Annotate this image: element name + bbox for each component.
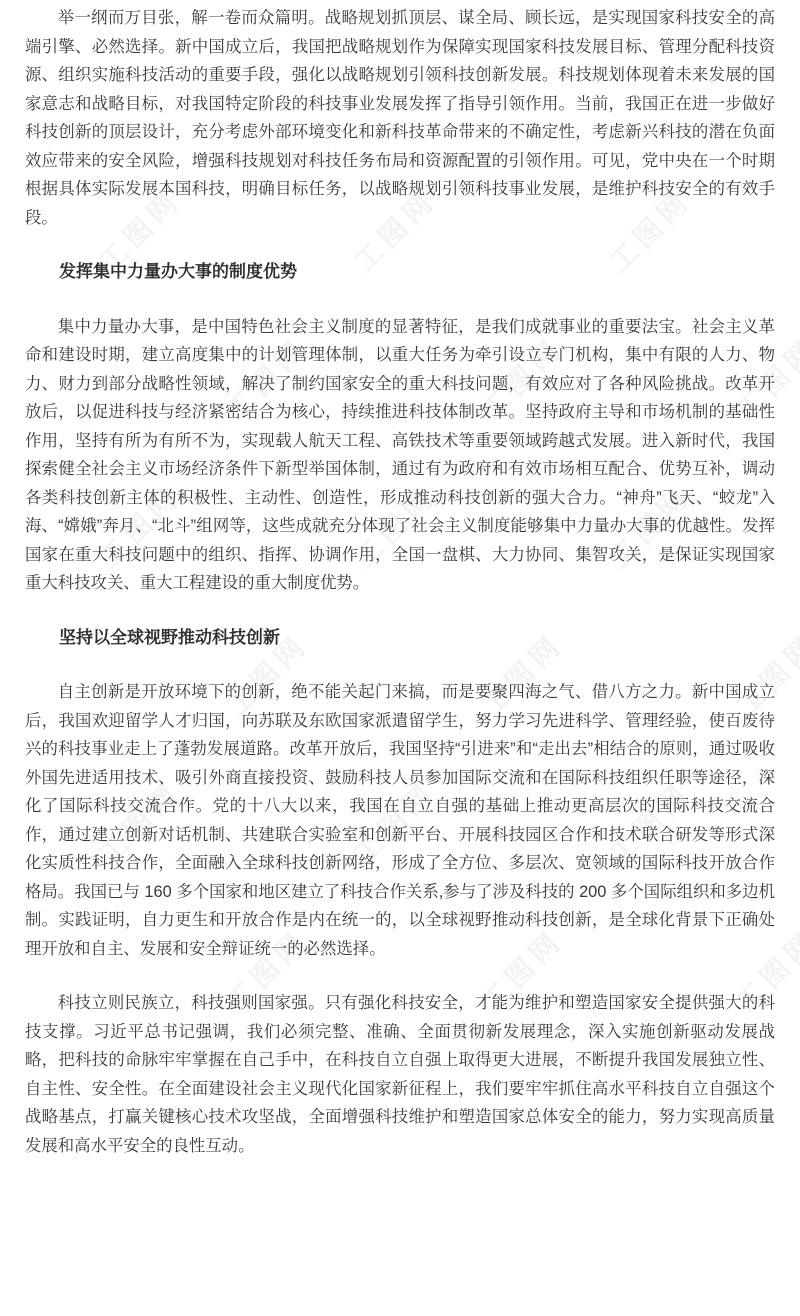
section-heading-concentrate-resources: 发挥集中力量办大事的制度优势 (25, 258, 775, 287)
paragraph-open-innovation: 自主创新是开放环境下的创新，绝不能关起门来搞，而是要聚四海之气、借八方之力。新中… (25, 678, 775, 963)
paragraph-strategic-planning: 举一纲而万目张，解一卷而众篇明。战略规划抓顶层、谋全局、顾长远，是实现国家科技安… (25, 4, 775, 232)
paragraph-institutional-advantage: 集中力量办大事，是中国特色社会主义制度的显著特征，是我们成就事业的重要法宝。社会… (25, 313, 775, 598)
document-page: 工图网工图网工图网工图网工图网工图网工图网工图网工图网工图网工图网工图网工图网工… (0, 0, 800, 1316)
article-body: 举一纲而万目张，解一卷而众篇明。战略规划抓顶层、谋全局、顾长远，是实现国家科技安… (0, 0, 800, 1160)
section-heading-global-vision: 坚持以全球视野推动科技创新 (25, 624, 775, 653)
paragraph-science-security-conclusion: 科技立则民族立，科技强则国家强。只有强化科技安全，才能为维护和塑造国家安全提供强… (25, 989, 775, 1160)
